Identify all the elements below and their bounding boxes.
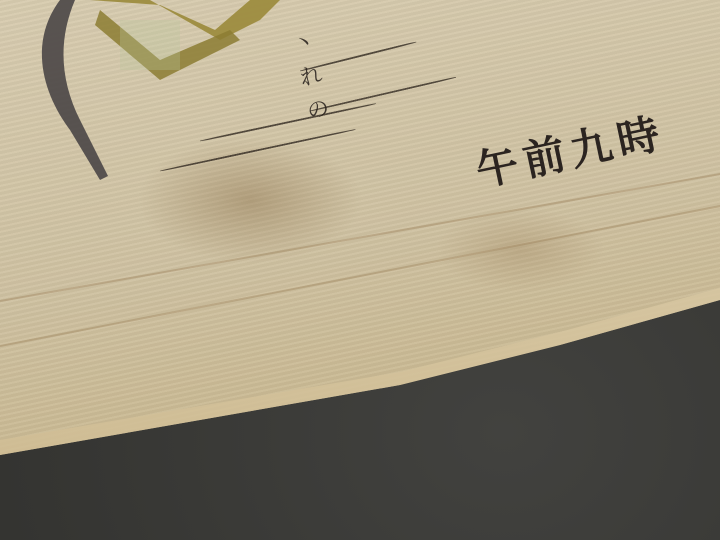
woodblock-illustration [0,0,300,190]
